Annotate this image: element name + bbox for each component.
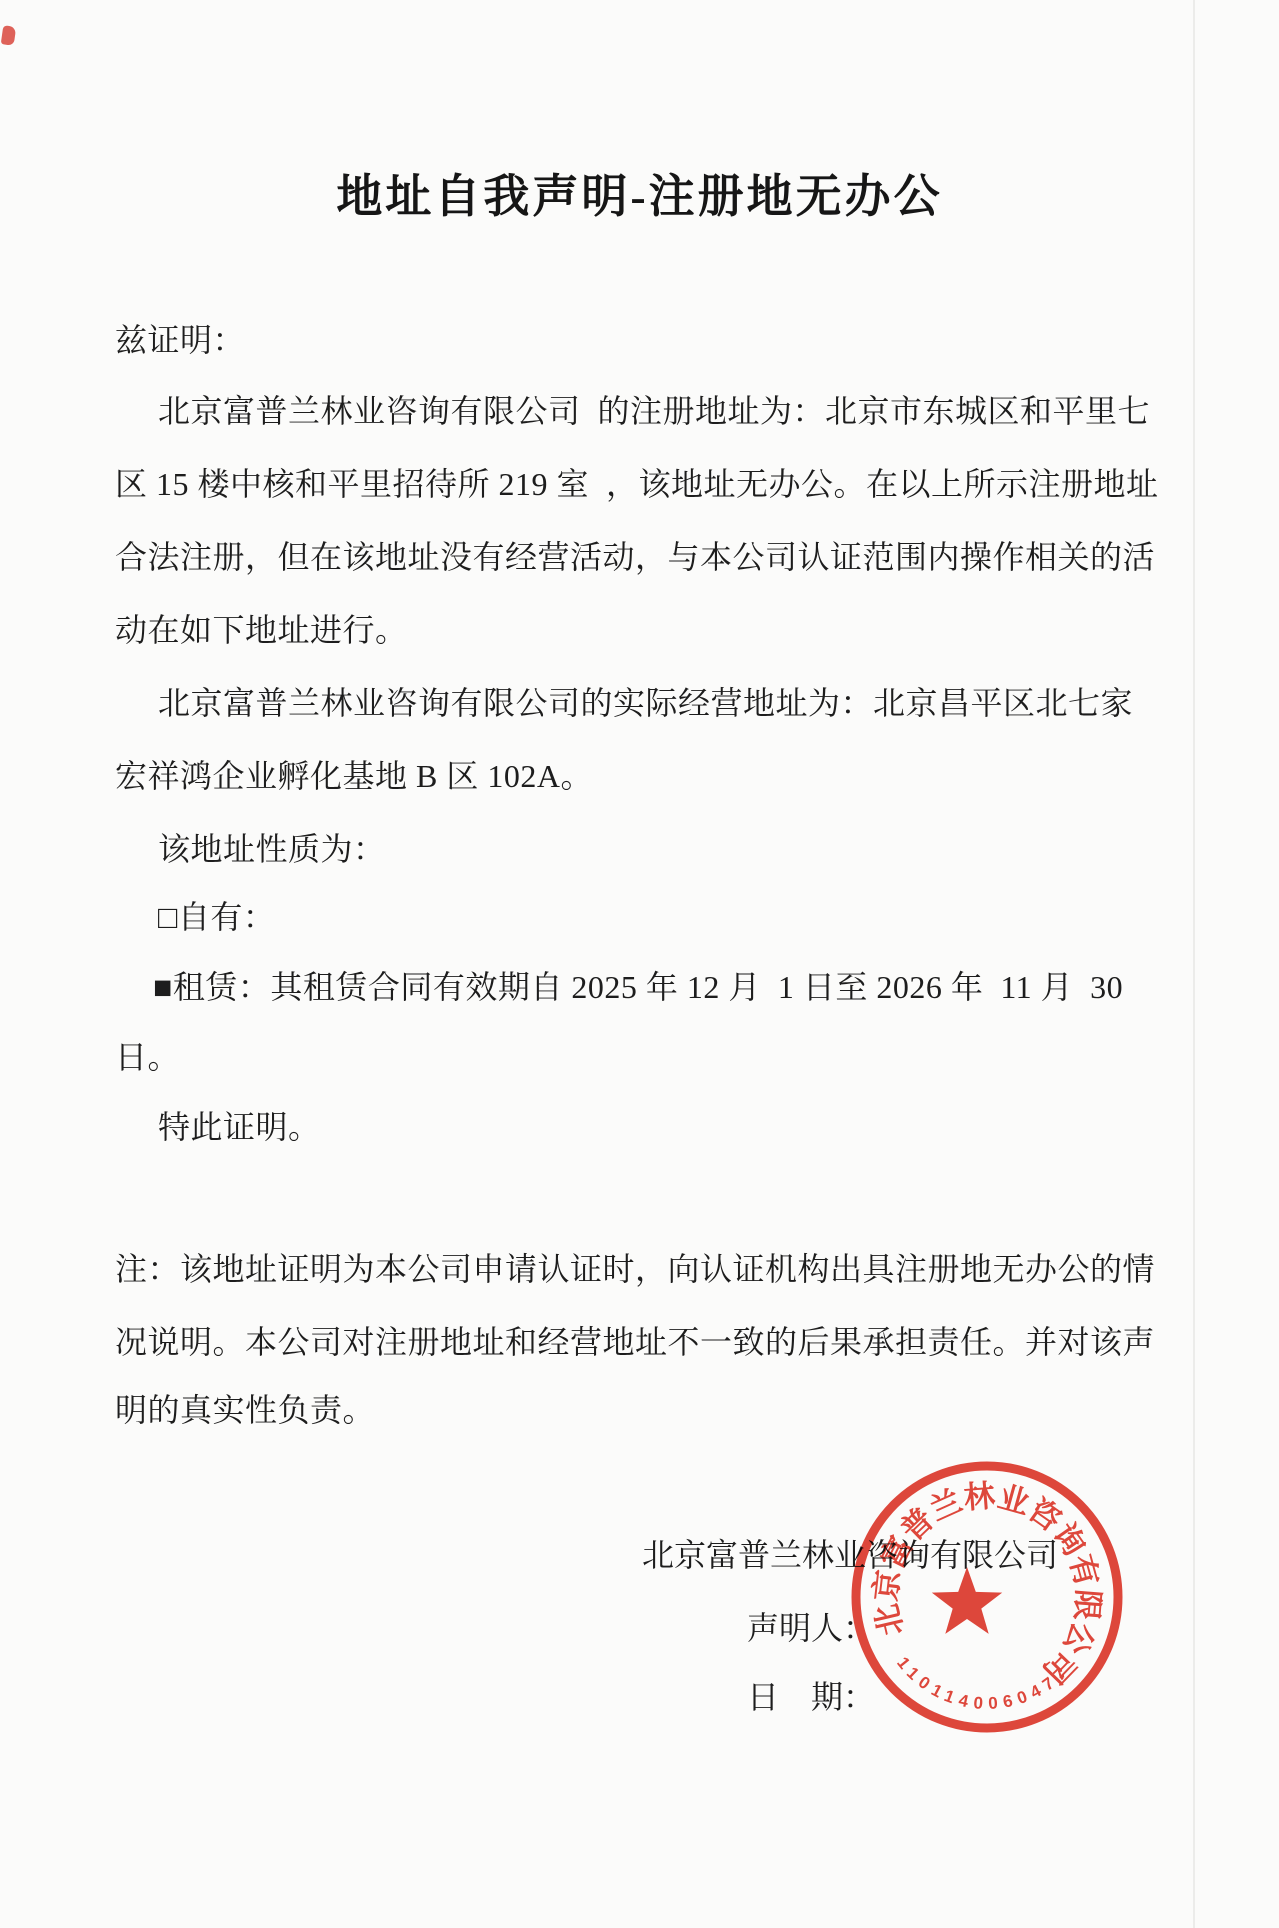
document-page: 地址自我声明-注册地无办公 兹证明： 北京富普兰林业咨询有限公司 的注册地址为：… bbox=[0, 0, 1279, 1928]
paragraph1-line1: 北京富普兰林业咨询有限公司 的注册地址为：北京市东城区和平里七 bbox=[158, 391, 1150, 431]
note-line1: 注：该地址证明为本公司申请认证时，向认证机构出具注册地无办公的情 bbox=[115, 1249, 1155, 1289]
scan-artifact-mark bbox=[1, 25, 17, 46]
lease-continuation-line: 日。 bbox=[115, 1037, 180, 1077]
closing-line: 特此证明。 bbox=[158, 1107, 321, 1147]
paragraph1-line4: 动在如下地址进行。 bbox=[115, 610, 408, 650]
seal-star bbox=[932, 1567, 1002, 1634]
note-line2: 况说明。本公司对注册地址和经营地址不一致的后果承担责任。并对该声 bbox=[115, 1322, 1155, 1362]
paragraph1-line2: 区 15 楼中核和平里招待所 219 室 ，该地址无办公。在以上所示注册地址 bbox=[115, 464, 1159, 504]
paragraph2-line2: 宏祥鸿企业孵化基地 B 区 102A。 bbox=[115, 756, 593, 796]
company-seal-stamp: 北京富普兰林业咨询有限公司 1101140060477 bbox=[842, 1452, 1132, 1742]
paragraph1-line3: 合法注册，但在该地址没有经营活动，与本公司认证范围内操作相关的活 bbox=[115, 537, 1155, 577]
salutation-line: 兹证明： bbox=[115, 320, 245, 360]
document-title: 地址自我声明-注册地无办公 bbox=[0, 160, 1279, 226]
address-nature-label: 该地址性质为： bbox=[158, 829, 386, 869]
paragraph2-line1: 北京富普兰林业咨询有限公司的实际经营地址为：北京昌平区北七家 bbox=[158, 683, 1133, 723]
own-option-line: □自有： bbox=[158, 897, 275, 937]
lease-option-line: ■租赁：其租赁合同有效期自 2025 年 12 月 1 日至 2026 年 11… bbox=[153, 967, 1123, 1007]
note-line3: 明的真实性负责。 bbox=[115, 1390, 375, 1430]
scan-edge-line bbox=[1193, 0, 1195, 1928]
